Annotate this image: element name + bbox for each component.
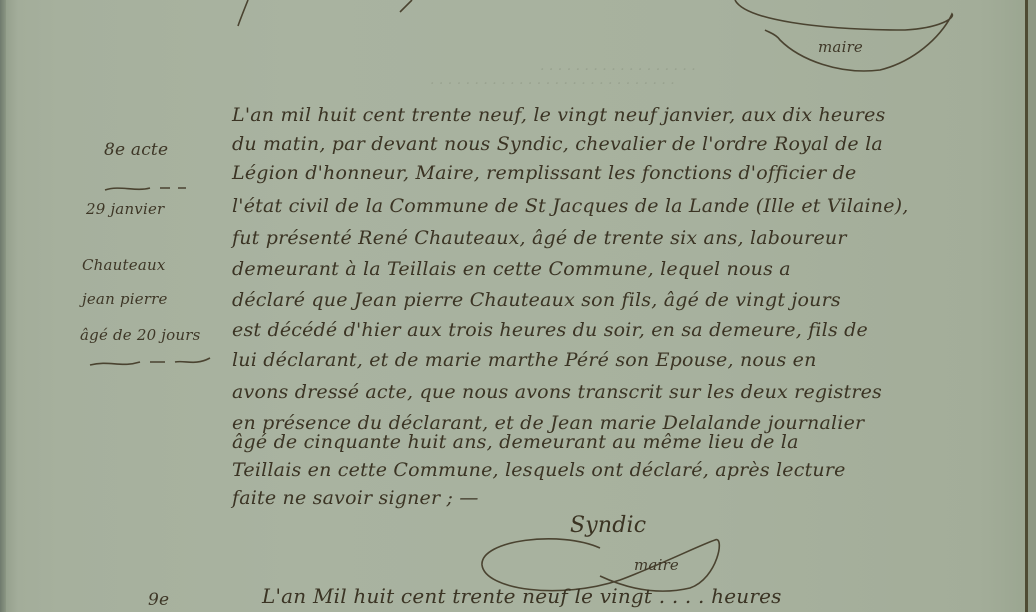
next-entry-first-line: L'an Mil huit cent trente neuf le vingt … (262, 584, 782, 608)
document-page: . . . . . . . . . . . . . . . . . . . . … (0, 0, 1036, 612)
entry-line: Teillais en cette Commune, lesquels ont … (232, 459, 846, 481)
entry-line: du matin, par devant nous Syndic, cheval… (232, 133, 883, 155)
entry-line: faite ne savoir signer ; — (232, 487, 479, 509)
entry-line: L'an mil huit cent trente neuf, le vingt… (232, 104, 885, 126)
entry-line: Légion d'honneur, Maire, remplissant les… (232, 162, 856, 184)
entry-line: âgé de cinquante huit ans, demeurant au … (232, 431, 799, 453)
next-entry-number: 9e (148, 590, 169, 610)
signature-title: maire (634, 556, 679, 574)
mayor-signature: Syndic (570, 513, 646, 538)
entry-line: avons dressé acte, que nous avons transc… (232, 381, 882, 403)
entry-line: déclaré que Jean pierre Chauteaux son fi… (232, 289, 841, 311)
entry-line: est décédé d'hier aux trois heures du so… (232, 319, 868, 341)
entry-line: l'état civil de la Commune de St Jacques… (232, 195, 909, 217)
previous-signature-title: maire (818, 38, 863, 56)
margin-underline-flourish (0, 0, 240, 400)
entry-line: fut présenté René Chauteaux, âgé de tren… (232, 227, 847, 249)
entry-line: lui déclarant, et de marie marthe Péré s… (232, 349, 817, 371)
entry-line: demeurant à la Teillais en cette Commune… (232, 258, 791, 280)
